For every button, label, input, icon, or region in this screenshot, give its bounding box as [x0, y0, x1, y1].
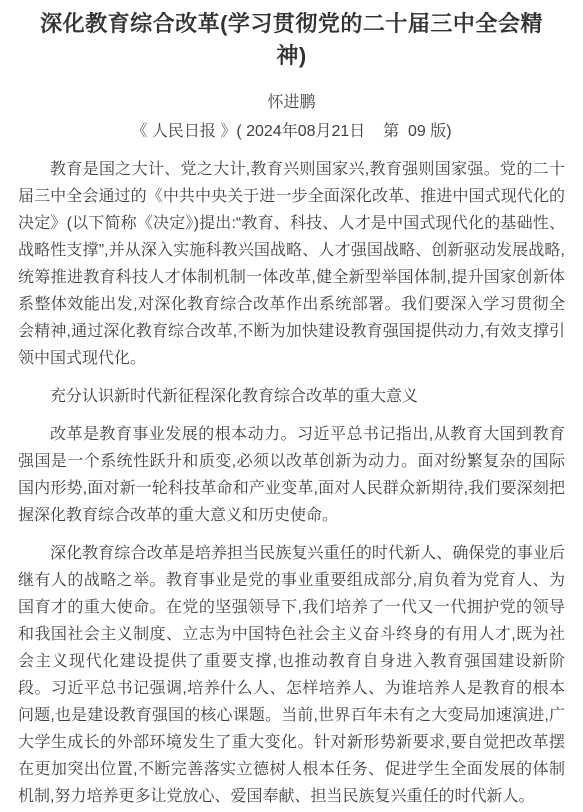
- paragraph-talent-cultivation: 深化教育综合改革是培养担当民族复兴重任的时代新人、确保党的事业后继有人的战略之举…: [18, 540, 565, 810]
- author-byline: 怀进鹏: [18, 92, 565, 114]
- article-page: 深化教育综合改革(学习贯彻党的二十届三中全会精神) 怀进鹏 《 人民日报 》( …: [0, 0, 583, 812]
- article-title: 深化教育综合改革(学习贯彻党的二十届三中全会精神): [32, 8, 552, 72]
- paragraph-reform-significance: 改革是教育事业发展的根本动力。习近平总书记指出,从教育大国到教育强国是一个系统性…: [18, 421, 565, 529]
- article-body: 教育是国之大计、党之大计,教育兴则国家兴,教育强则国家强。党的二十届三中全会通过…: [18, 156, 565, 810]
- section-heading: 充分认识新时代新征程深化教育综合改革的重大意义: [18, 383, 565, 410]
- paragraph-intro: 教育是国之大计、党之大计,教育兴则国家兴,教育强则国家强。党的二十届三中全会通过…: [18, 156, 565, 372]
- source-line: 《 人民日报 》( 2024年08月21日 第 09 版): [18, 121, 565, 143]
